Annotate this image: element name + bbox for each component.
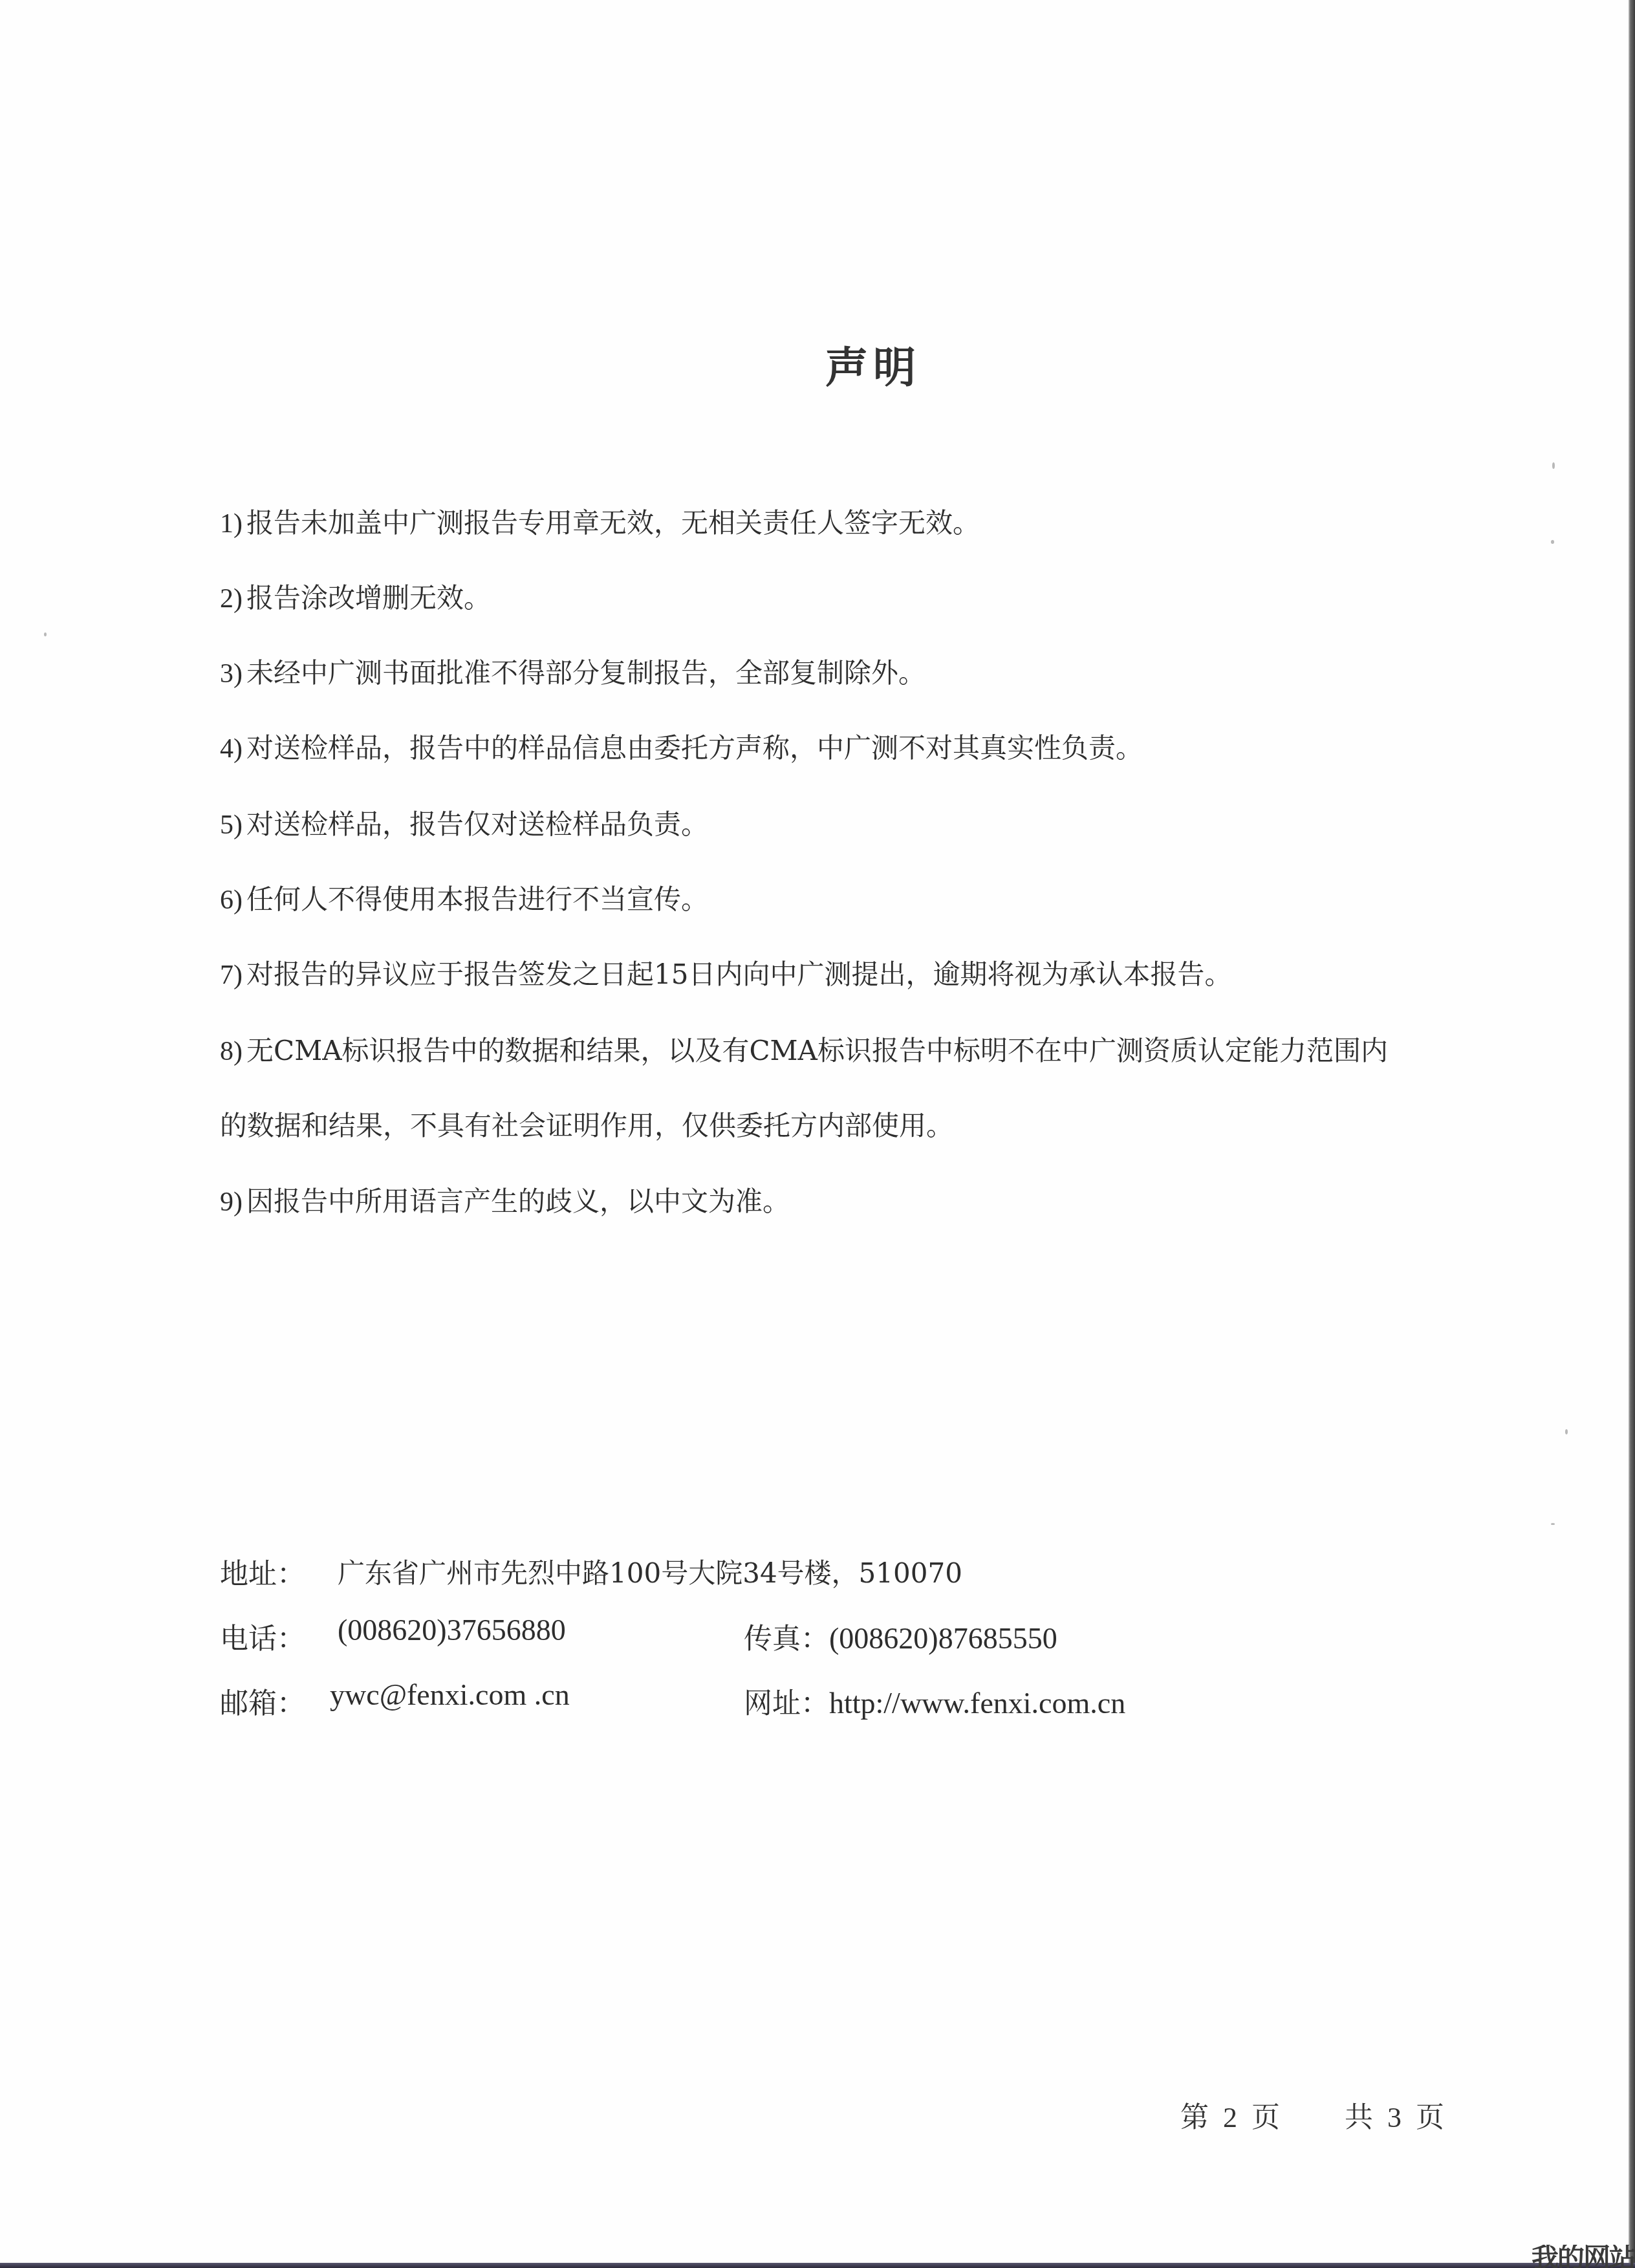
phone-value: (008620)37656880 bbox=[338, 1613, 566, 1647]
clause-9: 9)因报告中所用语言产生的歧义，以中文为准。 bbox=[220, 1185, 790, 1219]
clause-text: 因报告中所用语言产生的歧义，以中文为准。 bbox=[246, 1185, 790, 1217]
clause-text: 任何人不得使用本报告进行不当宣传。 bbox=[246, 883, 708, 915]
clause-3: 3)未经中广测书面批准不得部分复制报告，全部复制除外。 bbox=[220, 656, 926, 691]
page-suffix: 页 bbox=[1251, 2094, 1280, 2135]
scan-right-edge bbox=[1629, 0, 1635, 2268]
fax-field: 传真：(008620)87685550 bbox=[744, 1615, 1057, 1657]
scan-bottom-edge bbox=[0, 2263, 1635, 2268]
page-total: 3 bbox=[1387, 2101, 1402, 2134]
fax-label: 传真： bbox=[744, 1623, 829, 1656]
clause-2: 2)报告涂改增删无效。 bbox=[220, 581, 491, 616]
website-value: http://www.fenxi.com.cn bbox=[829, 1687, 1125, 1720]
clause-text: 报告涂改增删无效。 bbox=[246, 582, 491, 614]
website-field: 网址：http://www.fenxi.com.cn bbox=[744, 1680, 1125, 1722]
email-value: ywc@fenxi.com .cn bbox=[330, 1678, 570, 1712]
watermark: 我的网站 bbox=[1532, 2245, 1635, 2268]
clause-number: 3) bbox=[220, 659, 243, 689]
clause-text: 未经中广测书面批准不得部分复制报告，全部复制除外。 bbox=[246, 657, 926, 689]
page-title: 声明 bbox=[0, 333, 1635, 394]
total-suffix: 页 bbox=[1416, 2094, 1444, 2135]
clause-number: 4) bbox=[220, 734, 243, 764]
clause-8-continuation: 的数据和结果，不具有社会证明作用，仅供委托方内部使用。 bbox=[220, 1109, 953, 1143]
clause-text: 报告未加盖中广测报告专用章无效，无相关责任人签字无效。 bbox=[246, 507, 980, 539]
clause-text: 无CMA标识报告中的数据和结果，以及有CMA标识报告中标明不在中广测资质认定能力… bbox=[246, 1035, 1388, 1066]
fax-value: (008620)87685550 bbox=[829, 1622, 1057, 1655]
document-page: 声明 1)报告未加盖中广测报告专用章无效，无相关责任人签字无效。 2)报告涂改增… bbox=[0, 0, 1629, 2268]
clause-text: 对送检样品，报告中的样品信息由委托方声称，中广测不对其真实性负责。 bbox=[246, 732, 1143, 764]
page-current: 2 bbox=[1223, 2101, 1237, 2134]
clause-8: 8)无CMA标识报告中的数据和结果，以及有CMA标识报告中标明不在中广测资质认定… bbox=[220, 1034, 1388, 1068]
clause-5: 5)对送检样品，报告仅对送检样品负责。 bbox=[220, 808, 708, 842]
address-label: 地址： bbox=[220, 1551, 305, 1592]
clause-1: 1)报告未加盖中广测报告专用章无效，无相关责任人签字无效。 bbox=[220, 506, 980, 541]
email-label: 邮箱： bbox=[220, 1680, 305, 1722]
phone-label: 电话： bbox=[220, 1615, 305, 1657]
clause-text: 对报告的异议应于报告签发之日起15日内向中广测提出，逾期将视为承认本报告。 bbox=[246, 958, 1231, 990]
website-label: 网址： bbox=[744, 1687, 829, 1720]
total-prefix: 共 bbox=[1345, 2094, 1373, 2135]
scan-speck bbox=[1552, 462, 1555, 469]
clause-number: 5) bbox=[220, 810, 243, 840]
clause-number: 7) bbox=[220, 960, 243, 990]
scan-speck bbox=[1551, 540, 1554, 544]
clause-7: 7)对报告的异议应于报告签发之日起15日内向中广测提出，逾期将视为承认本报告。 bbox=[220, 958, 1231, 992]
clause-4: 4)对送检样品，报告中的样品信息由委托方声称，中广测不对其真实性负责。 bbox=[220, 731, 1143, 766]
page-prefix: 第 bbox=[1180, 2094, 1209, 2135]
clause-6: 6)任何人不得使用本报告进行不当宣传。 bbox=[220, 883, 708, 917]
clause-number: 8) bbox=[220, 1037, 243, 1066]
scan-speck bbox=[1551, 1523, 1555, 1525]
clause-text: 对送检样品，报告仅对送检样品负责。 bbox=[246, 808, 708, 840]
page-indicator: 第2页共3页 bbox=[1180, 2094, 1444, 2135]
scan-speck bbox=[44, 632, 47, 636]
clause-text-continuation: 的数据和结果，不具有社会证明作用，仅供委托方内部使用。 bbox=[220, 1110, 953, 1141]
clause-number: 1) bbox=[220, 509, 243, 539]
clause-number: 9) bbox=[220, 1187, 243, 1217]
clause-number: 6) bbox=[220, 885, 243, 915]
clause-number: 2) bbox=[220, 584, 243, 614]
address-value: 广东省广州市先烈中路100号大院34号楼，510070 bbox=[338, 1552, 962, 1591]
scan-speck bbox=[1565, 1429, 1568, 1434]
